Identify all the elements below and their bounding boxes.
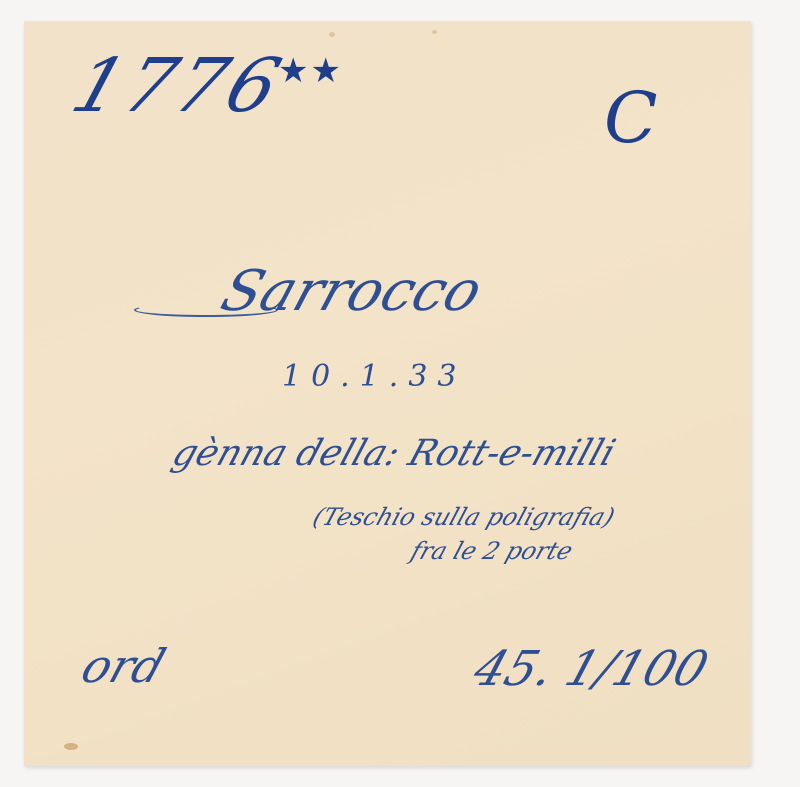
note-line-2: fra le 2 porte (412, 537, 572, 565)
stars-mark: ★★ (278, 51, 343, 91)
archival-note-card: 1776 ★★ C Sarrocco 10.1.33 gènna della: … (24, 21, 751, 766)
paper-stain (432, 30, 437, 34)
paper-stain (329, 32, 335, 37)
category-letter: C (604, 77, 658, 159)
bottom-right-ratio: 45. 1/100 (476, 641, 706, 697)
date: 10.1.33 (282, 359, 467, 394)
paper-stain (64, 743, 78, 750)
note-line-1: (Teschio sulla poligrafia) (314, 503, 614, 531)
bottom-left-mark: ord (84, 639, 163, 693)
catalog-number: 1776 (76, 43, 280, 129)
location-line: gènna della: Rott-e-milli (174, 433, 614, 474)
artist-name: Sarrocco (224, 259, 479, 324)
